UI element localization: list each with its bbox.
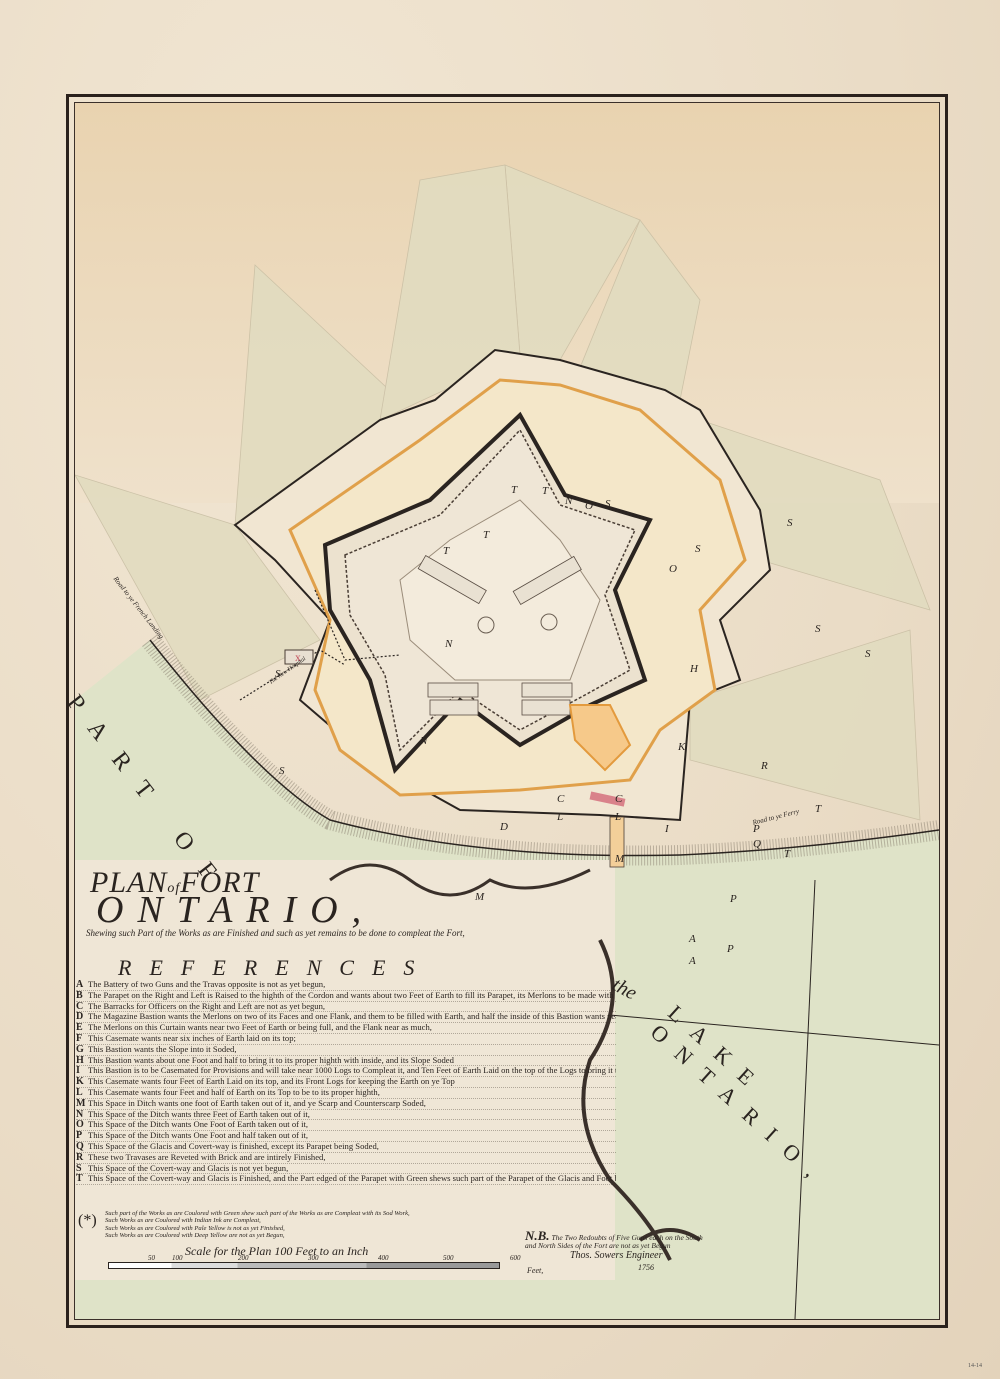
reference-key: R bbox=[76, 1153, 88, 1163]
reference-text: These two Travases are Reveted with Bric… bbox=[88, 1153, 325, 1163]
engineer-signature: Thos. Sowers Engineer bbox=[570, 1250, 663, 1261]
reference-key: D bbox=[76, 1012, 88, 1022]
reference-item: TThis Space of the Covert-way and Glacis… bbox=[76, 1174, 616, 1185]
reference-text: This Space in Ditch wants one foot of Ea… bbox=[88, 1099, 426, 1109]
map-year: 1756 bbox=[638, 1263, 654, 1272]
scale-tick: 300 bbox=[308, 1254, 319, 1262]
colour-note-line: Such Works as are Coulored with Pale Yel… bbox=[105, 1225, 525, 1232]
fort-letter-n: N bbox=[420, 735, 427, 747]
reference-text: This Bastion wants the Slope into it Sod… bbox=[88, 1045, 236, 1055]
reference-item: QThis Space of the Glacis and Covert-way… bbox=[76, 1142, 616, 1153]
fort-letter-s: S bbox=[279, 765, 285, 777]
reference-text: This Bastion is to be Casemated for Prov… bbox=[88, 1066, 616, 1076]
reference-item: KThis Casemate wants four Feet of Earth … bbox=[76, 1077, 616, 1088]
fort-letter-s: S bbox=[865, 648, 871, 660]
fort-letter-l: L bbox=[615, 811, 621, 823]
map-subtitle: Shewing such Part of the Works as are Fi… bbox=[86, 928, 466, 938]
nota-bene: N.B. The Two Redoubts of Five Guns each … bbox=[525, 1232, 715, 1250]
fort-letter-a: A bbox=[689, 933, 696, 945]
reference-text: The Barracks for Officers on the Right a… bbox=[88, 1002, 325, 1012]
reference-text: This Bastion wants about one Foot and ha… bbox=[88, 1056, 454, 1066]
fort-letter-c: C bbox=[557, 793, 564, 805]
colour-note-symbol: (*) bbox=[78, 1212, 97, 1230]
reference-key: S bbox=[76, 1164, 88, 1174]
reference-text: This Casemate wants four Feet and half o… bbox=[88, 1088, 380, 1098]
reference-key: P bbox=[76, 1131, 88, 1141]
fort-letter-s: S bbox=[815, 623, 821, 635]
fort-letter-c: C bbox=[615, 793, 622, 805]
reference-item: IThis Bastion is to be Casemated for Pro… bbox=[76, 1066, 616, 1077]
reference-key: F bbox=[76, 1034, 88, 1044]
scale-tick: 400 bbox=[378, 1254, 389, 1262]
fort-letter-n: N bbox=[565, 495, 572, 507]
fort-letter-n: N bbox=[445, 638, 452, 650]
reference-key: G bbox=[76, 1045, 88, 1055]
nota-bene-text: The Two Redoubts of Five Guns each on th… bbox=[525, 1233, 703, 1250]
scale-tick: 100 bbox=[172, 1254, 183, 1262]
reference-item: CThe Barracks for Officers on the Right … bbox=[76, 1002, 616, 1013]
reference-key: K bbox=[76, 1077, 88, 1087]
reference-text: This Space of the Covert-way and Glacis … bbox=[88, 1174, 616, 1184]
reference-item: NThis Space of the Ditch wants three Fee… bbox=[76, 1110, 616, 1121]
reference-key: Q bbox=[76, 1142, 88, 1152]
reference-text: This Casemate wants near six inches of E… bbox=[88, 1034, 296, 1044]
fort-letter-s: S bbox=[605, 498, 611, 510]
reference-item: SThis Space of the Covert-way and Glacis… bbox=[76, 1164, 616, 1175]
reference-item: BThe Parapet on the Right and Left is Ra… bbox=[76, 991, 616, 1002]
reference-item: EThe Merlons on this Curtain wants near … bbox=[76, 1023, 616, 1034]
scale-bar bbox=[108, 1262, 500, 1269]
fort-letter-s: S bbox=[695, 543, 701, 555]
reference-key: N bbox=[76, 1110, 88, 1120]
fort-letter-p: P bbox=[730, 893, 737, 905]
reference-text: The Magazine Bastion wants the Merlons o… bbox=[88, 1012, 616, 1022]
reference-text: This Space of the Ditch wants three Feet… bbox=[88, 1110, 310, 1120]
references-heading: REFERENCES bbox=[118, 955, 432, 981]
map-title-line2: ONTARIO, bbox=[96, 888, 375, 932]
fort-letter-t: T bbox=[542, 485, 548, 497]
fort-letter-i: I bbox=[665, 823, 669, 835]
reference-key: H bbox=[76, 1056, 88, 1066]
fort-letter-q: Q bbox=[753, 838, 761, 850]
fort-letter-d: D bbox=[500, 821, 508, 833]
scale-units: Feet, bbox=[527, 1266, 543, 1275]
fort-letter-k: K bbox=[678, 741, 685, 753]
fort-letter-r: R bbox=[761, 760, 768, 772]
fort-letter-m: M bbox=[615, 853, 624, 865]
reference-text: This Space of the Ditch wants One Foot o… bbox=[88, 1120, 308, 1130]
reference-key: O bbox=[76, 1120, 88, 1130]
reference-item: FThis Casemate wants near six inches of … bbox=[76, 1034, 616, 1045]
reference-text: The Parapet on the Right and Left is Rai… bbox=[88, 991, 616, 1001]
reference-key: I bbox=[76, 1066, 88, 1076]
archive-number: 14-14 bbox=[968, 1363, 982, 1369]
fort-letter-t: T bbox=[815, 803, 821, 815]
fort-letter-l: L bbox=[557, 811, 563, 823]
reference-item: GThis Bastion wants the Slope into it So… bbox=[76, 1045, 616, 1056]
scale-tick: 600 bbox=[510, 1254, 521, 1262]
scale-tick: 50 bbox=[148, 1254, 155, 1262]
fort-letter-m: M bbox=[475, 891, 484, 903]
references-list: AThe Battery of two Guns and the Travas … bbox=[76, 980, 616, 1185]
colour-note-line: Such Works as are Coulored with Deep Yel… bbox=[105, 1232, 525, 1239]
colour-note-line: Such Works as are Coulored with Indian I… bbox=[105, 1217, 525, 1224]
fort-letter-t: T bbox=[511, 484, 517, 496]
reference-text: The Merlons on this Curtain wants near t… bbox=[88, 1023, 432, 1033]
reference-item: RThese two Travases are Reveted with Bri… bbox=[76, 1153, 616, 1164]
reference-key: C bbox=[76, 1002, 88, 1012]
reference-key: B bbox=[76, 991, 88, 1001]
fort-letter-t: T bbox=[784, 848, 790, 860]
colour-note-line: Such part of the Works as are Coulored w… bbox=[105, 1210, 525, 1217]
reference-text: The Battery of two Guns and the Travas o… bbox=[88, 980, 325, 990]
reference-item: PThis Space of the Ditch wants One Foot … bbox=[76, 1131, 616, 1142]
reference-text: This Space of the Glacis and Covert-way … bbox=[88, 1142, 379, 1152]
reference-text: This Casemate wants four Feet of Earth L… bbox=[88, 1077, 455, 1087]
reference-text: This Space of the Covert-way and Glacis … bbox=[88, 1164, 288, 1174]
scale-tick: 200 bbox=[238, 1254, 249, 1262]
reference-item: LThis Casemate wants four Feet and half … bbox=[76, 1088, 616, 1099]
fort-letter-p: P bbox=[727, 943, 734, 955]
reference-item: AThe Battery of two Guns and the Travas … bbox=[76, 980, 616, 991]
reference-item: HThis Bastion wants about one Foot and h… bbox=[76, 1056, 616, 1067]
fort-letter-o: O bbox=[585, 500, 593, 512]
fort-letter-t: T bbox=[443, 545, 449, 557]
scale-label: Scale for the Plan 100 Feet to an Inch bbox=[185, 1244, 368, 1259]
reference-key: T bbox=[76, 1174, 88, 1184]
fort-letter-o: O bbox=[669, 563, 677, 575]
reference-item: OThis Space of the Ditch wants One Foot … bbox=[76, 1120, 616, 1131]
fort-letter-s: S bbox=[787, 517, 793, 529]
fort-letter-a: A bbox=[689, 955, 696, 967]
reference-key: A bbox=[76, 980, 88, 990]
fort-letter-t: T bbox=[483, 529, 489, 541]
reference-key: M bbox=[76, 1099, 88, 1109]
reference-item: DThe Magazine Bastion wants the Merlons … bbox=[76, 1012, 616, 1023]
reference-text: This Space of the Ditch wants One Foot a… bbox=[88, 1131, 308, 1141]
reference-key: L bbox=[76, 1088, 88, 1098]
reference-item: MThis Space in Ditch wants one foot of E… bbox=[76, 1099, 616, 1110]
reference-key: E bbox=[76, 1023, 88, 1033]
scale-tick: 500 bbox=[443, 1254, 454, 1262]
colour-note: Such part of the Works as are Coulored w… bbox=[105, 1210, 525, 1240]
fort-letter-h: H bbox=[690, 663, 698, 675]
